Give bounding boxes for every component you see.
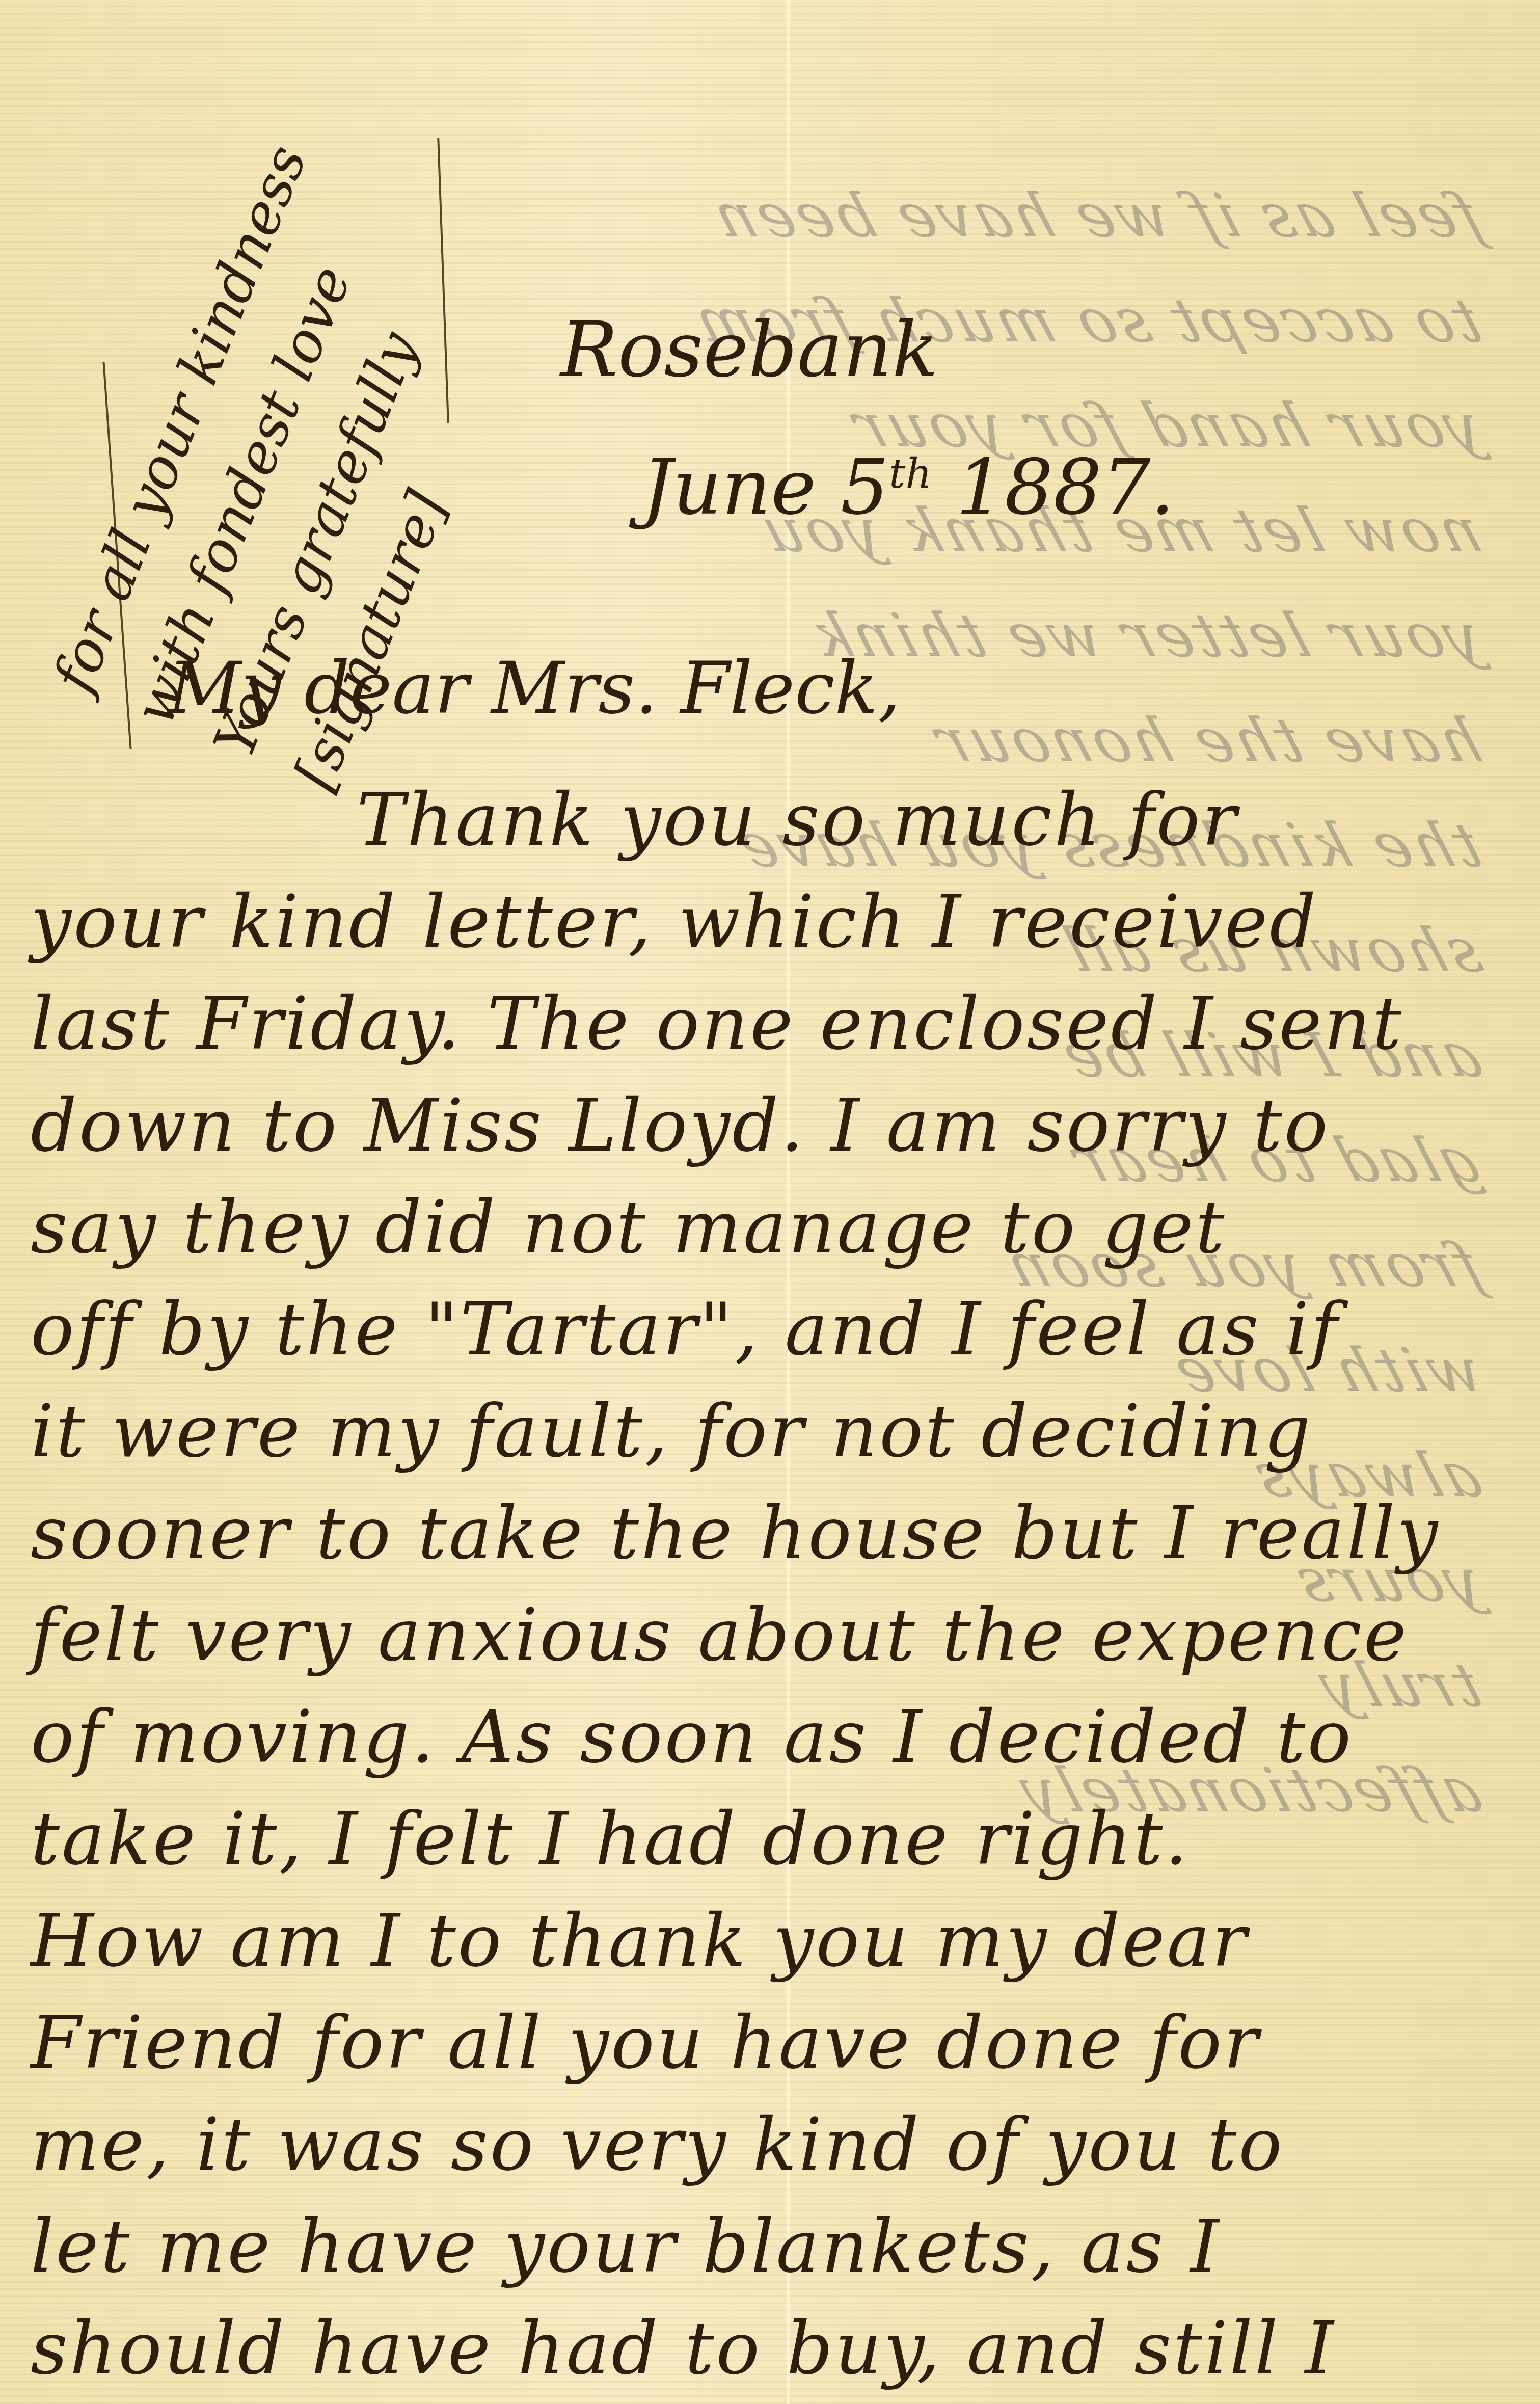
letter-body: Thank you so much for your kind letter, … bbox=[31, 769, 1523, 2400]
body-line: Friend for all you have done for bbox=[31, 1992, 1523, 2094]
date-suffix: th bbox=[889, 450, 932, 497]
letter-date: June 5th 1887. bbox=[642, 443, 1175, 532]
body-line: say they did not manage to get bbox=[31, 1177, 1523, 1279]
body-line: down to Miss Lloyd. I am sorry to bbox=[31, 1075, 1523, 1177]
body-line: let me have your blankets, as I bbox=[31, 2196, 1523, 2298]
body-line: it were my fault, for not deciding bbox=[31, 1381, 1523, 1483]
body-line: your kind letter, which I received bbox=[31, 871, 1523, 973]
body-line: off by the "Tartar", and I feel as if bbox=[31, 1279, 1523, 1381]
body-line: of moving. As soon as I decided to bbox=[31, 1687, 1523, 1788]
body-line: felt very anxious about the expence bbox=[31, 1585, 1523, 1687]
body-line: How am I to thank you my dear bbox=[31, 1890, 1523, 1992]
letter-place: Rosebank bbox=[560, 306, 938, 394]
date-day: June 5 bbox=[642, 443, 889, 532]
body-line: me, it was so very kind of you to bbox=[31, 2094, 1523, 2196]
body-line: Thank you so much for bbox=[31, 769, 1523, 871]
letter-page: feel as if we have been to accept so muc… bbox=[0, 0, 1540, 2404]
date-year: 1887. bbox=[956, 443, 1175, 532]
body-line: sooner to take the house but I really bbox=[31, 1483, 1523, 1585]
body-line: should have had to buy, and still I bbox=[31, 2298, 1523, 2400]
body-line: take it, I felt I had done right. bbox=[31, 1788, 1523, 1890]
body-line: last Friday. The one enclosed I sent bbox=[31, 973, 1523, 1075]
